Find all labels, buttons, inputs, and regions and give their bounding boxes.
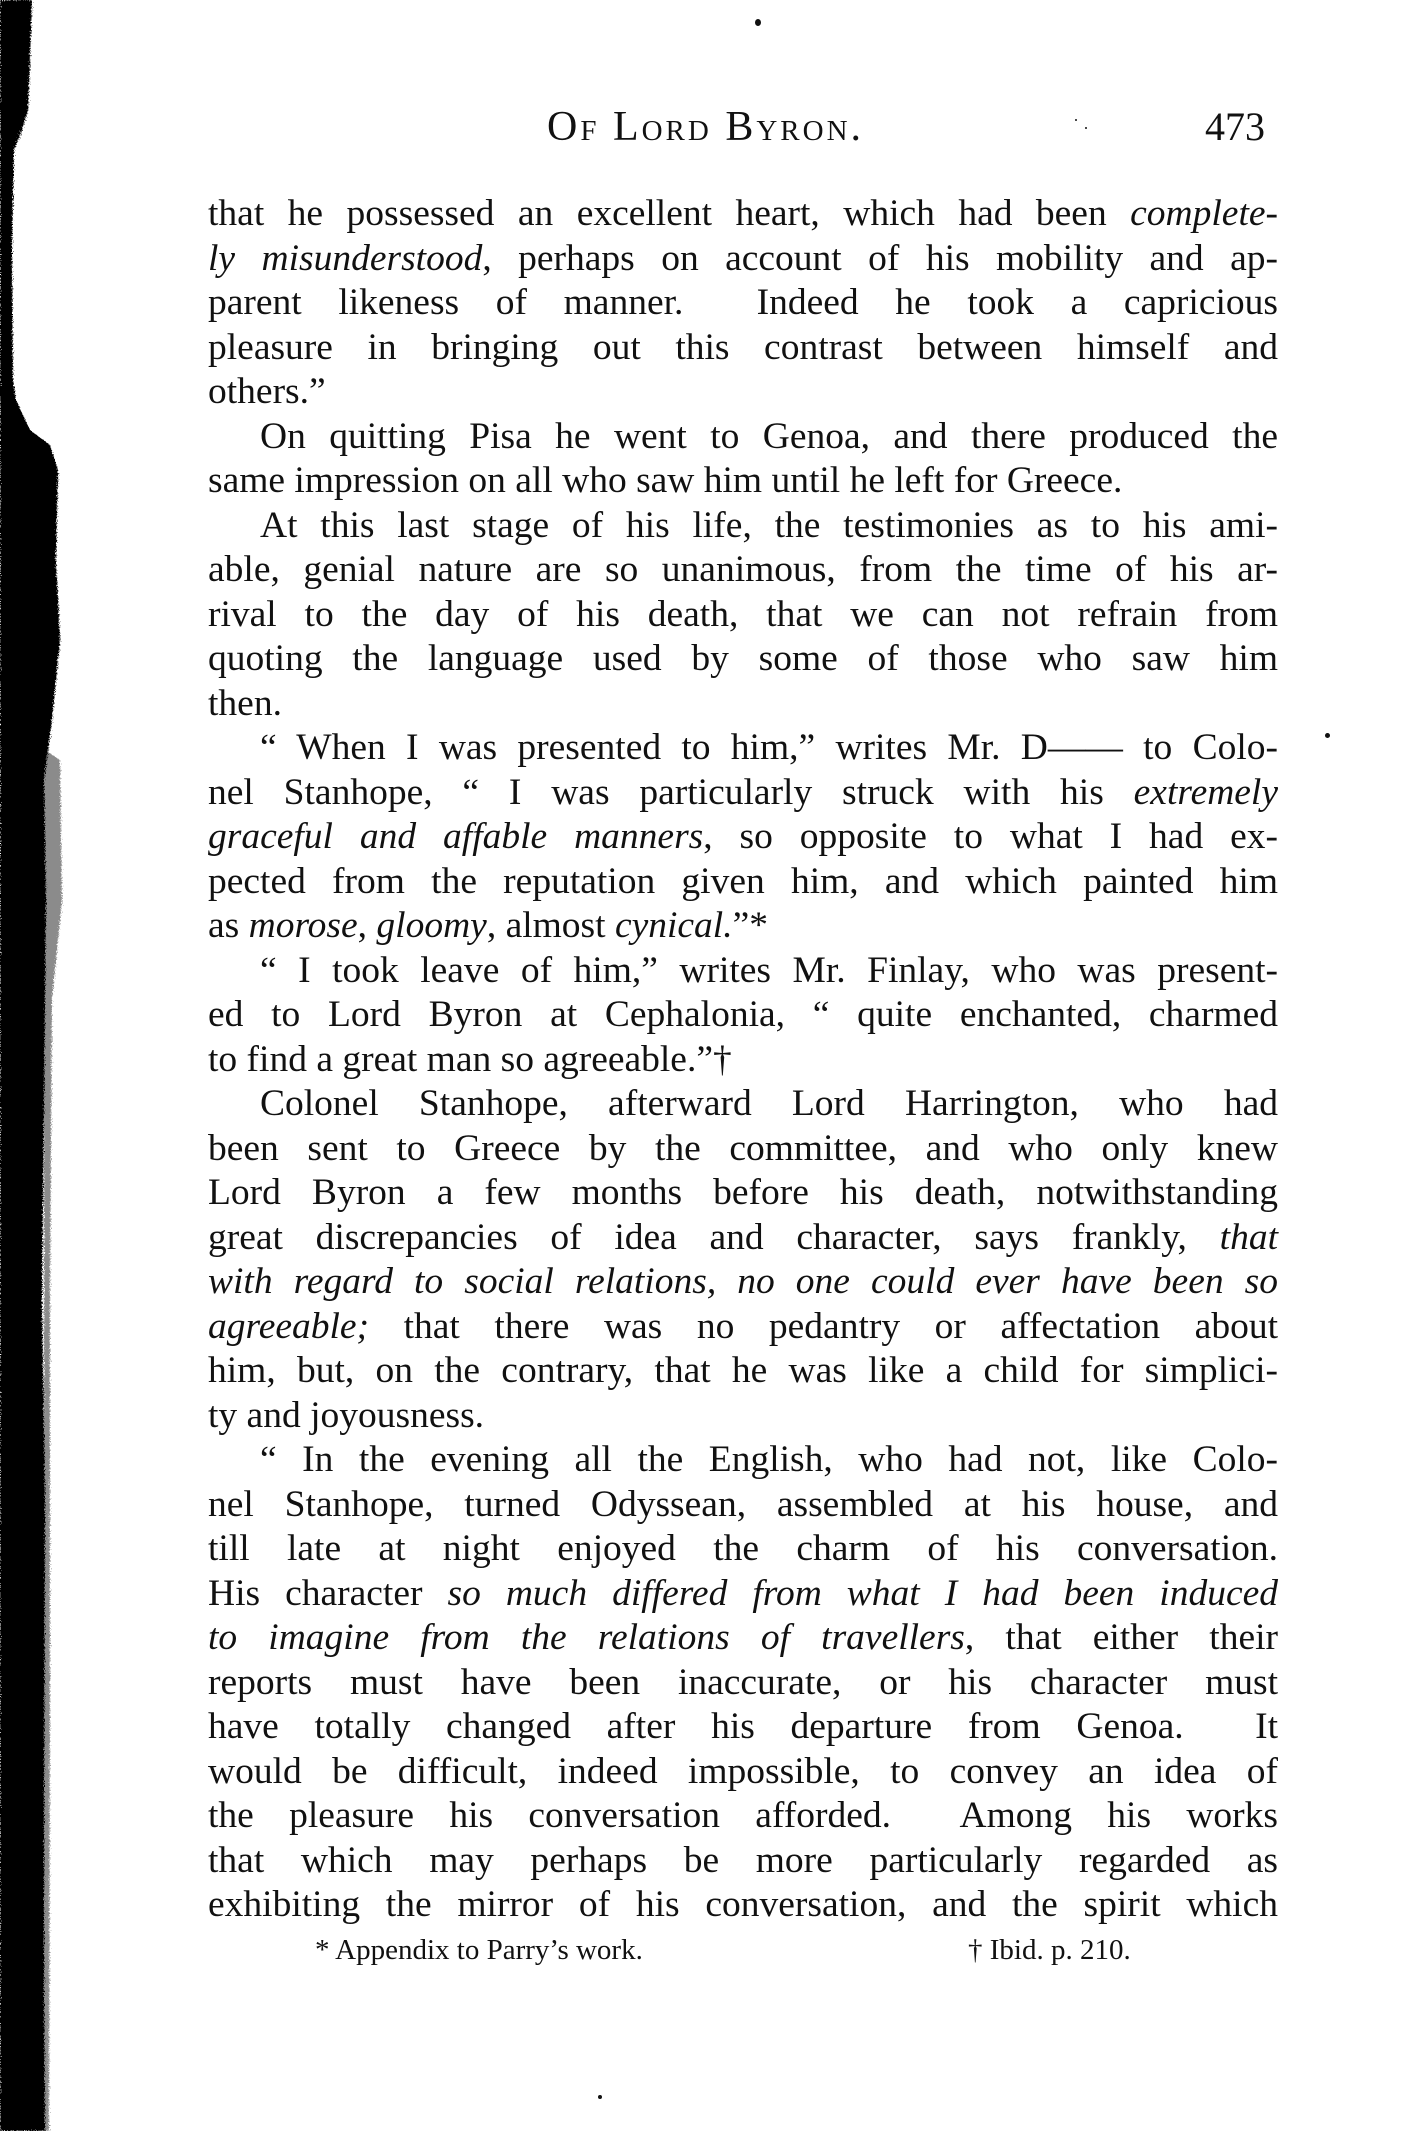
text-run: then. bbox=[208, 683, 282, 724]
binding-edge-shadow bbox=[0, 0, 70, 2131]
italic-text: with regard to social relations, no one … bbox=[208, 1261, 1278, 1302]
scan-speck bbox=[598, 2095, 602, 2099]
text-run: “ In the evening all the English, who ha… bbox=[260, 1439, 1278, 1480]
paragraph-first-line: “ When I was presented to him,” writes M… bbox=[208, 726, 1278, 771]
text-line: ed to Lord Byron at Cephalonia, “ quite … bbox=[208, 993, 1278, 1038]
text-line: pected from the reputation given him, an… bbox=[208, 860, 1278, 905]
text-line: that he possessed an excellent heart, wh… bbox=[208, 192, 1278, 237]
text-run: rival to the day of his death, that we c… bbox=[208, 594, 1278, 635]
text-line: with regard to social relations, no one … bbox=[208, 1260, 1278, 1305]
text-run: that there was no pedantry or affectatio… bbox=[369, 1306, 1278, 1347]
italic-text: cynical. bbox=[615, 905, 733, 946]
text-line: ly misunderstood, perhaps on account of … bbox=[208, 237, 1278, 282]
text-line: quoting the language used by some of tho… bbox=[208, 637, 1278, 682]
text-run: , that either their bbox=[965, 1617, 1278, 1658]
text-run: ”* bbox=[733, 905, 768, 946]
italic-text: ly misunderstood bbox=[208, 238, 482, 279]
text-run: His character bbox=[208, 1573, 447, 1614]
text-line: to find a great man so agreeable.”† bbox=[208, 1038, 1278, 1083]
text-line: as morose, gloomy, almost cynical.”* bbox=[208, 904, 1278, 949]
text-run: have totally changed after his departure… bbox=[208, 1706, 1278, 1747]
scan-speck bbox=[1325, 733, 1330, 738]
text-line: exhibiting the mirror of his conversatio… bbox=[208, 1883, 1278, 1928]
text-run: to find a great man so agreeable.”† bbox=[208, 1039, 732, 1080]
text-line: him, but, on the contrary, that he was l… bbox=[208, 1349, 1278, 1394]
text-line: same impression on all who saw him until… bbox=[208, 459, 1278, 504]
text-line: till late at night enjoyed the charm of … bbox=[208, 1527, 1278, 1572]
text-line: others.” bbox=[208, 370, 1278, 415]
text-run: , bbox=[358, 905, 377, 946]
text-run: , almost bbox=[487, 905, 615, 946]
text-run: ty and joyousness. bbox=[208, 1395, 484, 1436]
text-line: pleasure in bringing out this contrast b… bbox=[208, 326, 1278, 371]
italic-text: morose bbox=[249, 905, 358, 946]
text-line: to imagine from the relations of travell… bbox=[208, 1616, 1278, 1661]
text-run: would be difficult, indeed impossible, t… bbox=[208, 1751, 1278, 1792]
text-run: the pleasure his conversation afforded. … bbox=[208, 1795, 1278, 1836]
italic-text: graceful and affable manners bbox=[208, 816, 703, 857]
text-line: that which may perhaps be more particula… bbox=[208, 1839, 1278, 1884]
text-line: have totally changed after his departure… bbox=[208, 1705, 1278, 1750]
text-run: that which may perhaps be more particula… bbox=[208, 1840, 1278, 1881]
text-run: same impression on all who saw him until… bbox=[208, 460, 1122, 501]
italic-text: extremely bbox=[1134, 772, 1278, 813]
body-text: that he possessed an excellent heart, wh… bbox=[208, 192, 1278, 1928]
text-run: him, but, on the contrary, that he was l… bbox=[208, 1350, 1278, 1391]
text-run: great discrepancies of idea and characte… bbox=[208, 1217, 1220, 1258]
text-run: “ I took leave of him,” writes Mr. Finla… bbox=[260, 950, 1278, 991]
text-run: reports must have been inaccurate, or hi… bbox=[208, 1662, 1278, 1703]
text-line: parent likeness of manner. Indeed he too… bbox=[208, 281, 1278, 326]
text-run: others.” bbox=[208, 371, 326, 412]
paragraph-first-line: “ In the evening all the English, who ha… bbox=[208, 1438, 1278, 1483]
text-line: then. bbox=[208, 682, 1278, 727]
footnote-dagger: † Ibid. p. 210. bbox=[968, 1932, 1131, 1968]
text-run: At this last stage of his life, the test… bbox=[260, 505, 1278, 546]
text-run: exhibiting the mirror of his conversatio… bbox=[208, 1884, 1278, 1925]
text-run: Lord Byron a few months before his death… bbox=[208, 1172, 1278, 1213]
italic-text: gloomy bbox=[376, 905, 486, 946]
text-run: On quitting Pisa he went to Genoa, and t… bbox=[260, 416, 1278, 457]
text-run: nel Stanhope, turned Odyssean, assembled… bbox=[208, 1484, 1278, 1525]
footnotes: * Appendix to Parry’s work. † Ibid. p. 2… bbox=[0, 1932, 1403, 1972]
italic-text: that bbox=[1220, 1217, 1278, 1258]
text-run: parent likeness of manner. Indeed he too… bbox=[208, 282, 1278, 323]
page-number: 473 bbox=[1205, 104, 1265, 150]
running-head: Of Lord Byron. 473 bbox=[0, 100, 1403, 150]
text-run: quoting the language used by some of tho… bbox=[208, 638, 1278, 679]
running-title: Of Lord Byron. bbox=[547, 104, 864, 150]
text-line: the pleasure his conversation afforded. … bbox=[208, 1794, 1278, 1839]
text-line: nel Stanhope, “ I was particularly struc… bbox=[208, 771, 1278, 816]
paragraph-first-line: “ I took leave of him,” writes Mr. Finla… bbox=[208, 949, 1278, 994]
italic-text: complete- bbox=[1130, 193, 1278, 234]
text-run: , so opposite to what I had ex- bbox=[703, 816, 1278, 857]
text-run: able, genial nature are so unanimous, fr… bbox=[208, 549, 1278, 590]
text-line: Lord Byron a few months before his death… bbox=[208, 1171, 1278, 1216]
text-line: His character so much differed from what… bbox=[208, 1572, 1278, 1617]
text-run: ed to Lord Byron at Cephalonia, “ quite … bbox=[208, 994, 1278, 1035]
paragraph-first-line: On quitting Pisa he went to Genoa, and t… bbox=[208, 415, 1278, 460]
text-run: pected from the reputation given him, an… bbox=[208, 861, 1278, 902]
text-line: nel Stanhope, turned Odyssean, assembled… bbox=[208, 1483, 1278, 1528]
text-line: able, genial nature are so unanimous, fr… bbox=[208, 548, 1278, 593]
text-run: “ When I was presented to him,” writes M… bbox=[260, 727, 1278, 768]
text-line: graceful and affable manners, so opposit… bbox=[208, 815, 1278, 860]
text-run: nel Stanhope, “ I was particularly struc… bbox=[208, 772, 1134, 813]
text-line: rival to the day of his death, that we c… bbox=[208, 593, 1278, 638]
text-line: reports must have been inaccurate, or hi… bbox=[208, 1661, 1278, 1706]
italic-text: so much differed from what I had been in… bbox=[447, 1573, 1278, 1614]
text-line: would be difficult, indeed impossible, t… bbox=[208, 1750, 1278, 1795]
scan-speck bbox=[755, 19, 761, 26]
text-run: Colonel Stanhope, afterward Lord Harring… bbox=[260, 1083, 1278, 1124]
text-run: that he possessed an excellent heart, wh… bbox=[208, 193, 1130, 234]
paragraph-first-line: Colonel Stanhope, afterward Lord Harring… bbox=[208, 1082, 1278, 1127]
text-line: great discrepancies of idea and characte… bbox=[208, 1216, 1278, 1261]
text-line: ty and joyousness. bbox=[208, 1394, 1278, 1439]
text-line: agreeable; that there was no pedantry or… bbox=[208, 1305, 1278, 1350]
paragraph-first-line: At this last stage of his life, the test… bbox=[208, 504, 1278, 549]
footnote-asterisk: * Appendix to Parry’s work. bbox=[315, 1932, 643, 1968]
text-line: been sent to Greece by the committee, an… bbox=[208, 1127, 1278, 1172]
italic-text: agreeable; bbox=[208, 1306, 369, 1347]
italic-text: to imagine from the relations of travell… bbox=[208, 1617, 965, 1658]
text-run: , perhaps on account of his mobility and… bbox=[482, 238, 1278, 279]
text-run: been sent to Greece by the committee, an… bbox=[208, 1128, 1278, 1169]
text-run: as bbox=[208, 905, 249, 946]
text-run: pleasure in bringing out this contrast b… bbox=[208, 327, 1278, 368]
text-run: till late at night enjoyed the charm of … bbox=[208, 1528, 1278, 1569]
